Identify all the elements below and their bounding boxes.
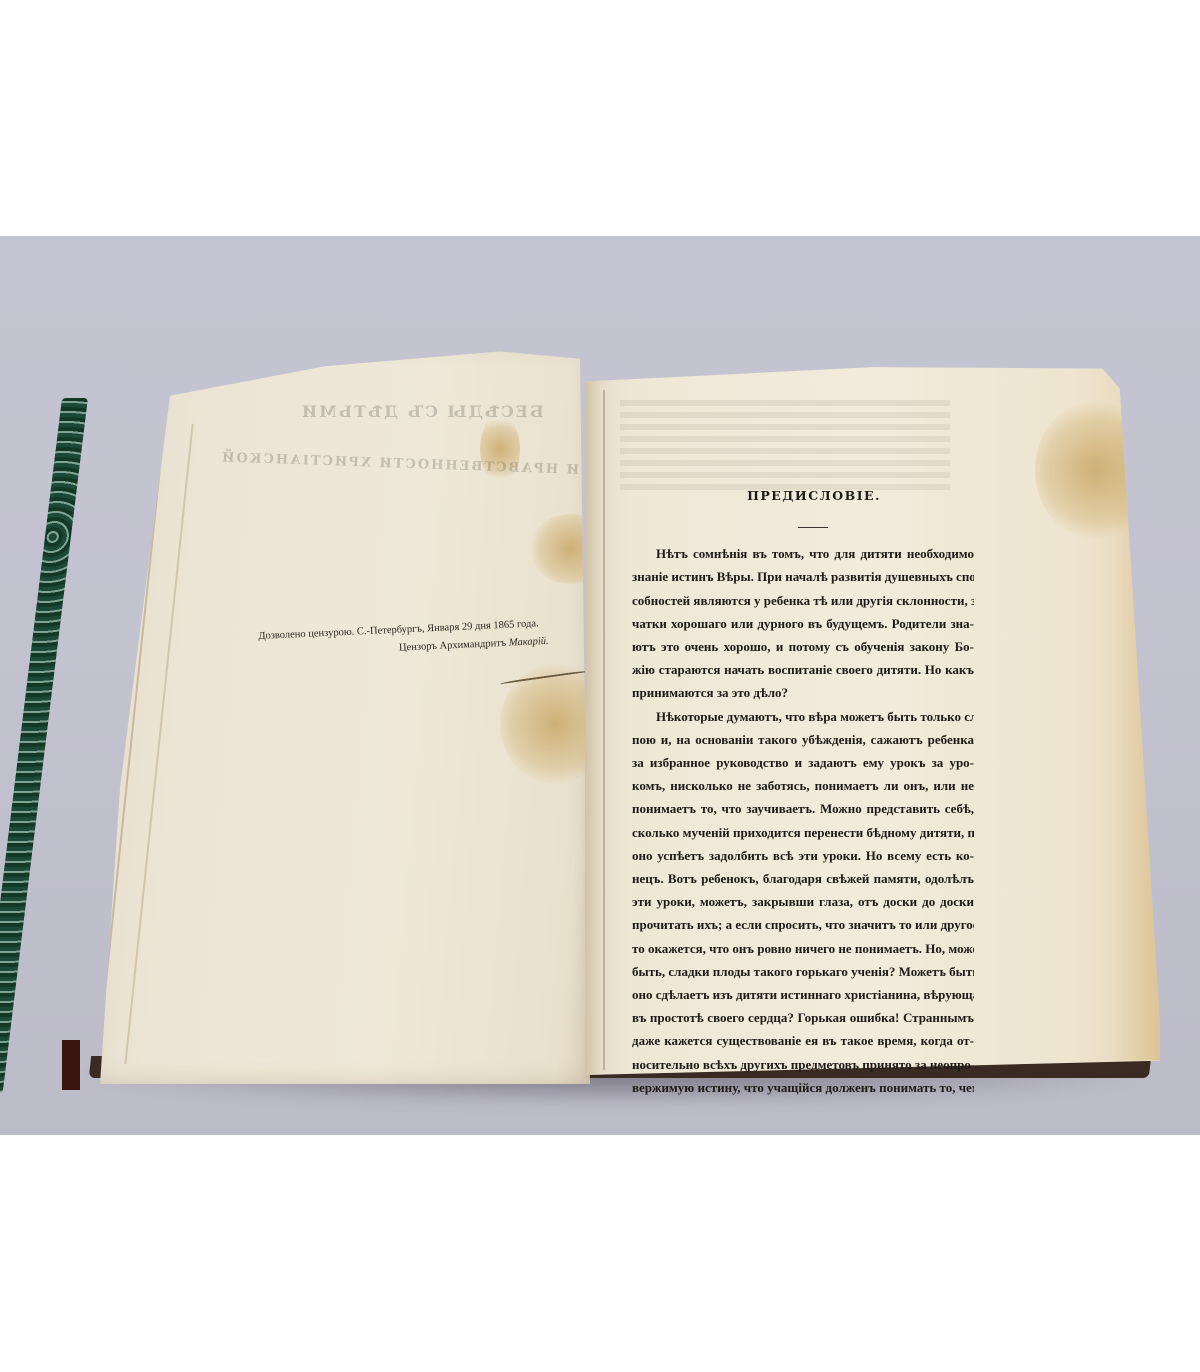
text-line: даже кажется существованіе ея въ такое в… [632,1029,974,1052]
text-line: комъ, нисколько не заботясь, понимаетъ л… [632,774,974,797]
binding-leather-corner [62,1040,80,1090]
text-line: знаніе истинъ Вѣры. При началѣ развитія … [632,565,974,588]
preface-heading: ПРЕДИСЛОВІЕ. [654,484,974,507]
text-line: быть, сладки плоды такого горькаго учені… [632,960,974,983]
heading-rule [798,527,828,528]
bleed-through-title-1: БЕСѢДЫ СЪ ДѢТЬМИ [300,402,544,421]
preface-text: ПРЕДИСЛОВІЕ. Нѣтъ сомнѣнія въ томъ, что … [632,484,974,1099]
bleed-through-text [620,400,950,490]
censor-title: Цензоръ Архимандритъ [399,638,509,654]
text-line: Нѣкоторые думаютъ, что вѣра можетъ быть … [632,705,974,728]
censor-name: Макарій. [509,636,549,649]
text-line: эти уроки, можетъ, закрывши глаза, отъ д… [632,890,974,913]
text-line: вержимую истину, что учащійся долженъ по… [632,1076,974,1099]
text-line: чатки хорошаго или дурного въ будущемъ. … [632,612,974,635]
paragraph-2: Нѣкоторые думаютъ, что вѣра можетъ быть … [632,705,974,1099]
text-line: ютъ это очень хорошо, и потому съ обучен… [632,635,974,658]
text-line: оно сдѣлаетъ изъ дитяти истиннаго христі… [632,983,974,1006]
text-line: носительно всѣхъ другихъ предметовъ прин… [632,1053,974,1076]
text-line: то окажется, что онъ ровно ничего не пон… [632,937,974,960]
text-line: прочитать ихъ; а если спросить, что знач… [632,913,974,936]
paragraph-1: Нѣтъ сомнѣнія въ томъ, что для дитяти не… [632,542,974,704]
page-fold [603,390,605,1070]
text-line: Нѣтъ сомнѣнія въ томъ, что для дитяти не… [632,542,974,565]
text-line: понимаетъ то, что заучиваетъ. Можно пред… [632,797,974,820]
text-line: собностей являются у ребенка тѣ или друг… [632,589,974,612]
text-line: нецъ. Вотъ ребенокъ, благодаря свѣжей па… [632,867,974,890]
text-line: за избранное руководство и задаютъ ему у… [632,751,974,774]
text-line: жію стараются начать воспитаніе своего д… [632,658,974,681]
text-line: пою и, на основаніи такого убѣжденія, са… [632,728,974,751]
text-line: въ простотѣ своего сердца? Горькая ошибк… [632,1006,974,1029]
page-gutter [585,360,609,1075]
text-line: оно успѣетъ задолбить всѣ эти уроки. Но … [632,844,974,867]
text-line: принимаются за это дѣло? [632,681,974,704]
text-line: сколько мученій приходится перенести бѣд… [632,821,974,844]
